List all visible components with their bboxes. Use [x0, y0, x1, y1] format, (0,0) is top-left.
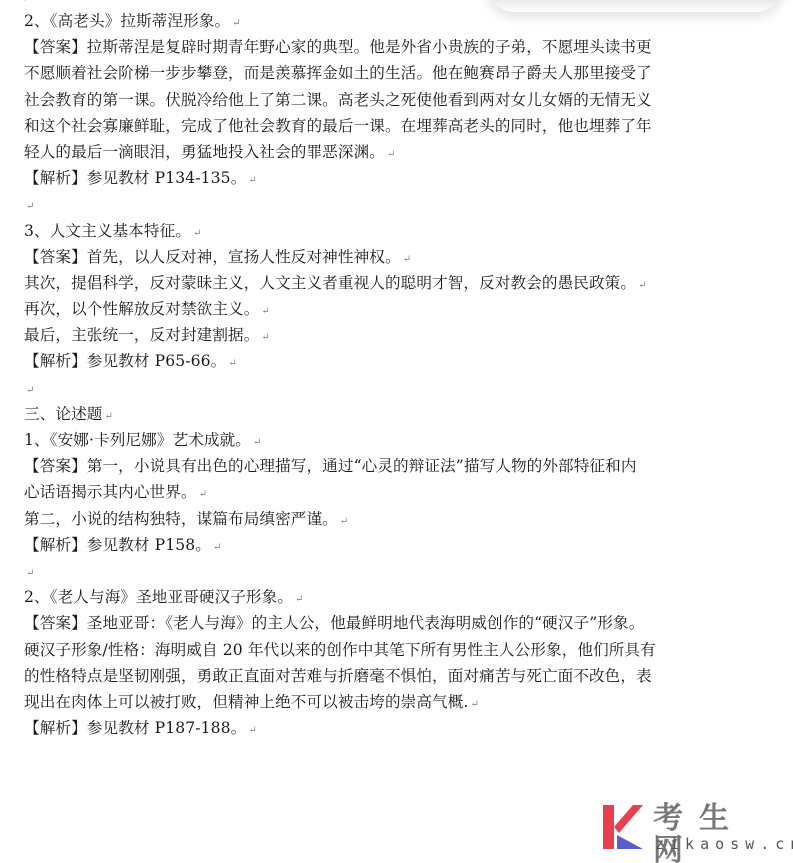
paragraph-mark: ↵	[26, 568, 34, 579]
line-text: 【答案】圣地亚哥：《老人与海》的主人公，他最鲜明地代表海明威创作的“硬汉子”形象…	[24, 614, 644, 632]
line-text: 【解析】参见教材 P187-188。	[24, 719, 246, 737]
watermark-logo: 考生网 zikaosw.cn	[603, 803, 783, 853]
doc-line-answer: 心话语揭示其内心世界。↵	[24, 479, 769, 505]
doc-line-answer: 现出在肉体上可以被打败，但精神上绝不可以被击垮的崇高气概.↵	[24, 689, 769, 715]
paragraph-mark: ↵	[248, 175, 256, 186]
paragraph-mark: ↵	[248, 725, 256, 736]
doc-line-answer: 【答案】拉斯蒂涅是复辟时期青年野心家的典型。他是外省小贵族的子弟，不愿埋头读书更	[24, 34, 769, 60]
doc-line-answer: 和这个社会寡廉鲜耻，完成了他社会教育的最后一课。在埋葬高老头的同时，他也埋葬了年	[24, 113, 769, 139]
line-text: 2、《老人与海》圣地亚哥硬汉子形象。	[24, 588, 293, 606]
paragraph-mark: ↵	[387, 149, 395, 160]
line-text: 【答案】第一，小说具有出色的心理描写，通过“心灵的辩证法”描写人物的外部特征和内	[24, 457, 637, 475]
doc-line-question: 2、《高老头》拉斯蒂涅形象。↵	[24, 8, 769, 34]
doc-line-answer: 其次，提倡科学，反对蒙昧主义，人文主义者重视人的聪明才智，反对教会的愚民政策。↵	[24, 270, 769, 296]
doc-line-section: 三、论述题↵	[24, 401, 769, 427]
doc-line-answer: 轻人的最后一滴眼泪，勇猛地投入社会的罪恶深渊。↵	[24, 139, 769, 165]
line-text: 【解析】参见教材 P158。	[24, 536, 211, 554]
doc-line-question: 3、人文主义基本特征。↵	[24, 218, 769, 244]
paragraph-mark: ↵	[22, 0, 30, 5]
doc-line-answer: 再次，以个性解放反对禁欲主义。↵	[24, 296, 769, 322]
paragraph-mark: ↵	[193, 228, 201, 239]
doc-line-analysis: 【解析】参见教材 P187-188。↵	[24, 715, 769, 741]
line-text: 硬汉子形象/性格：海明威自 20 年代以来的创作中其笔下所有男性主人公形象，他们…	[24, 641, 656, 659]
document-body: 2、《高老头》拉斯蒂涅形象。↵【答案】拉斯蒂涅是复辟时期青年野心家的典型。他是外…	[24, 8, 769, 741]
doc-line-analysis: 【解析】参见教材 P134-135。↵	[24, 165, 769, 191]
paragraph-mark: ↵	[470, 699, 478, 710]
doc-line-analysis: 【解析】参见教材 P65-66。↵	[24, 348, 769, 374]
doc-line-answer: 【答案】首先，以人反对神，宣扬人性反对神性神权。↵	[24, 244, 769, 270]
logo-url-text: zikaosw.cn	[655, 835, 793, 853]
k-logo-icon	[603, 805, 643, 849]
line-text: 心话语揭示其内心世界。	[24, 483, 197, 501]
line-text: 1、《安娜·卡列尼娜》艺术成就。	[24, 431, 251, 449]
line-text: 最后，主张统一，反对封建割据。	[24, 326, 259, 344]
line-text: 轻人的最后一滴眼泪，勇猛地投入社会的罪恶深渊。	[24, 143, 385, 161]
paragraph-mark: ↵	[638, 280, 646, 291]
line-text: 【答案】拉斯蒂涅是复辟时期青年野心家的典型。他是外省小贵族的子弟，不愿埋头读书更	[24, 38, 652, 56]
doc-line-empty: ↵	[24, 375, 769, 401]
paragraph-mark: ↵	[26, 201, 34, 212]
paragraph-mark: ↵	[340, 516, 348, 527]
paragraph-mark: ↵	[253, 437, 261, 448]
paragraph-mark: ↵	[199, 489, 207, 500]
doc-line-empty: ↵	[24, 558, 769, 584]
paragraph-mark: ↵	[26, 385, 34, 396]
doc-line-analysis: 【解析】参见教材 P158。↵	[24, 532, 769, 558]
doc-line-question: 2、《老人与海》圣地亚哥硬汉子形象。↵	[24, 584, 769, 610]
paragraph-mark: ↵	[213, 542, 221, 553]
line-text: 【解析】参见教材 P134-135。	[24, 169, 246, 187]
line-text: 的性格特点是坚韧刚强，勇敢正直面对苦难与折磨毫不惧怕，面对痛苦与死亡面不改色，表	[24, 667, 652, 685]
doc-line-answer: 的性格特点是坚韧刚强，勇敢正直面对苦难与折磨毫不惧怕，面对痛苦与死亡面不改色，表	[24, 663, 769, 689]
line-text: 社会教育的第一课。伏脱冷给他上了第二课。高老头之死使他看到两对女儿女婿的无情无义	[24, 91, 652, 109]
paragraph-mark: ↵	[261, 306, 269, 317]
doc-line-answer: 第二，小说的结构独特，谋篇布局缜密严谨。↵	[24, 506, 769, 532]
doc-line-answer: 不愿顺着社会阶梯一步步攀登，而是羡慕挥金如土的生活。他在鲍赛昂子爵夫人那里接受了	[24, 60, 769, 86]
line-text: 3、人文主义基本特征。	[24, 222, 191, 240]
paragraph-mark: ↵	[104, 411, 112, 422]
line-text: 【答案】首先，以人反对神，宣扬人性反对神性神权。	[24, 248, 401, 266]
line-text: 和这个社会寡廉鲜耻，完成了他社会教育的最后一课。在埋葬高老头的同时，他也埋葬了年	[24, 117, 652, 135]
line-text: 再次，以个性解放反对禁欲主义。	[24, 300, 259, 318]
line-text: 【解析】参见教材 P65-66。	[24, 352, 226, 370]
paragraph-mark: ↵	[295, 594, 303, 605]
paragraph-mark: ↵	[228, 358, 236, 369]
line-text: 第二，小说的结构独特，谋篇布局缜密严谨。	[24, 510, 338, 528]
doc-line-question: 1、《安娜·卡列尼娜》艺术成就。↵	[24, 427, 769, 453]
paragraph-mark: ↵	[403, 254, 411, 265]
doc-line-answer: 最后，主张统一，反对封建割据。↵	[24, 322, 769, 348]
doc-line-empty: ↵	[24, 191, 769, 217]
logo-chinese-text: 考生网	[653, 803, 783, 863]
doc-line-answer: 社会教育的第一课。伏脱冷给他上了第二课。高老头之死使他看到两对女儿女婿的无情无义	[24, 87, 769, 113]
doc-line-answer: 【答案】第一，小说具有出色的心理描写，通过“心灵的辩证法”描写人物的外部特征和内	[24, 453, 769, 479]
doc-line-answer: 硬汉子形象/性格：海明威自 20 年代以来的创作中其笔下所有男性主人公形象，他们…	[24, 637, 769, 663]
line-text: 现出在肉体上可以被打败，但精神上绝不可以被击垮的崇高气概.	[24, 693, 468, 711]
line-text: 不愿顺着社会阶梯一步步攀登，而是羡慕挥金如土的生活。他在鲍赛昂子爵夫人那里接受了	[24, 64, 652, 82]
line-text: 其次，提倡科学，反对蒙昧主义，人文主义者重视人的聪明才智，反对教会的愚民政策。	[24, 274, 636, 292]
paragraph-mark: ↵	[261, 332, 269, 343]
doc-line-answer: 【答案】圣地亚哥：《老人与海》的主人公，他最鲜明地代表海明威创作的“硬汉子”形象…	[24, 610, 769, 636]
paragraph-mark: ↵	[232, 18, 240, 29]
line-text: 三、论述题	[24, 405, 102, 423]
line-text: 2、《高老头》拉斯蒂涅形象。	[24, 12, 230, 30]
